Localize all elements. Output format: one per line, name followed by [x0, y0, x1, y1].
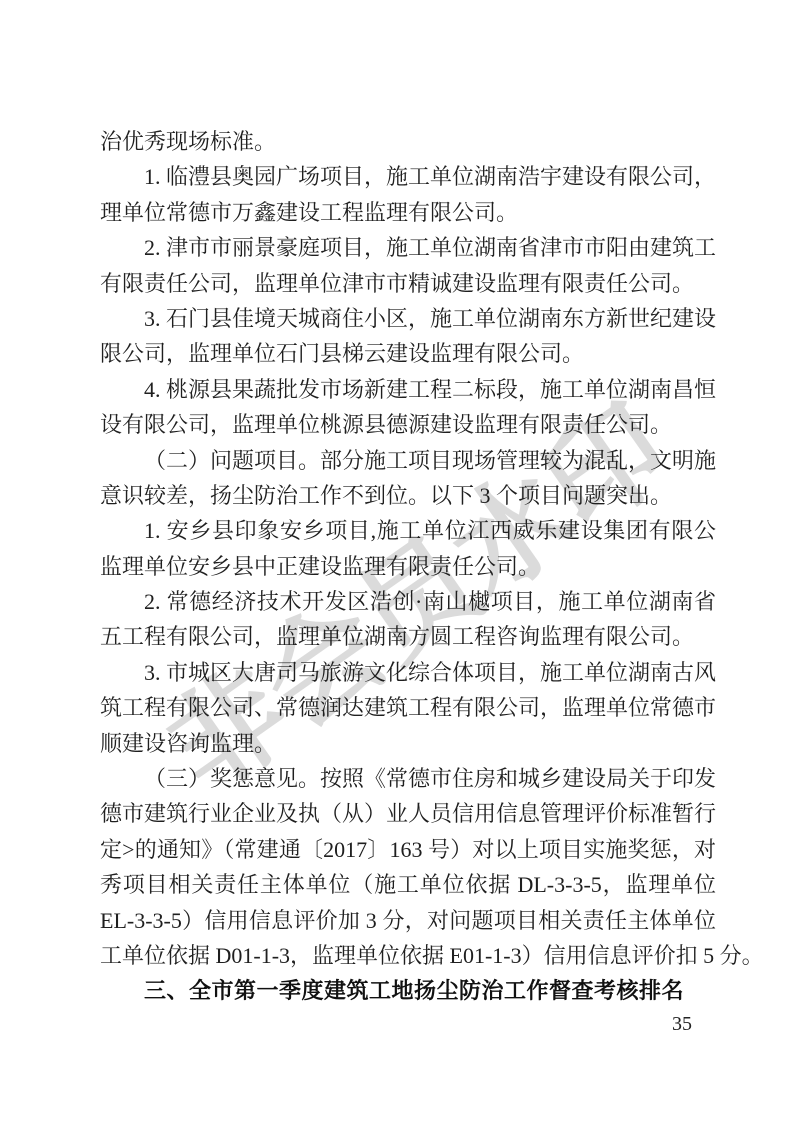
- text-line: EL-3-3-5）信用信息评价加 3 分，对问题项目相关责任主体单位（施: [100, 903, 716, 938]
- text-line: 定>的通知》（常建通〔2017〕163 号）对以上项目实施奖惩，对优: [100, 832, 716, 867]
- text-line: 2. 津市市丽景豪庭项目，施工单位湖南省津市市阳由建筑工程: [100, 230, 716, 265]
- text-line: 顺建设咨询监理。: [100, 726, 716, 761]
- text-line: 理单位常德市万鑫建设工程监理有限公司。: [100, 195, 716, 230]
- text-line: 意识较差，扬尘防治工作不到位。以下 3 个项目问题突出。: [100, 478, 716, 513]
- text-line: 限公司，监理单位石门县梯云建设监理有限公司。: [100, 336, 716, 371]
- document-body: 治优秀现场标准。1. 临澧县奥园广场项目，施工单位湖南浩宇建设有限公司，监理单位…: [100, 124, 716, 1009]
- text-line: 监理单位安乡县中正建设监理有限责任公司。: [100, 549, 716, 584]
- text-line: （三）奖惩意见。按照《常德市住房和城乡建设局关于印发<常: [100, 761, 716, 796]
- page-number: 35: [672, 1012, 692, 1036]
- section-heading: 三、全市第一季度建筑工地扬尘防治工作督查考核排名: [100, 973, 716, 1008]
- text-line: 德市建筑行业企业及执（从）业人员信用信息管理评价标准暂行规: [100, 796, 716, 831]
- text-line: 设有限公司，监理单位桃源县德源建设监理有限责任公司。: [100, 407, 716, 442]
- text-line: 3. 市城区大唐司马旅游文化综合体项目，施工单位湖南古风建: [100, 655, 716, 690]
- text-line: 筑工程有限公司、常德润达建筑工程有限公司，监理单位常德市传: [100, 690, 716, 725]
- text-line: 3. 石门县佳境天城商住小区，施工单位湖南东方新世纪建设有: [100, 301, 716, 336]
- text-line: 4. 桃源县果蔬批发市场新建工程二标段，施工单位湖南昌恒建: [100, 372, 716, 407]
- text-line: 2. 常德经济技术开发区浩创·南山樾项目，施工单位湖南省第: [100, 584, 716, 619]
- document-page: 非会员水印 治优秀现场标准。1. 临澧县奥园广场项目，施工单位湖南浩宇建设有限公…: [0, 0, 793, 1122]
- text-line: （二）问题项目。部分施工项目现场管理较为混乱，文明施工: [100, 443, 716, 478]
- text-line: 工单位依据 D01-1-3，监理单位依据 E01-1-3）信用信息评价扣 5 分…: [100, 938, 716, 973]
- text-line: 五工程有限公司，监理单位湖南方圆工程咨询监理有限公司。: [100, 619, 716, 654]
- text-line: 治优秀现场标准。: [100, 124, 716, 159]
- text-line: 秀项目相关责任主体单位（施工单位依据 DL-3-3-5，监理单位依据: [100, 867, 716, 902]
- text-line: 有限责任公司，监理单位津市市精诚建设监理有限责任公司。: [100, 266, 716, 301]
- text-line: 1. 安乡县印象安乡项目,施工单位江西威乐建设集团有限公司，: [100, 513, 716, 548]
- text-line: 1. 临澧县奥园广场项目，施工单位湖南浩宇建设有限公司，监: [100, 159, 716, 194]
